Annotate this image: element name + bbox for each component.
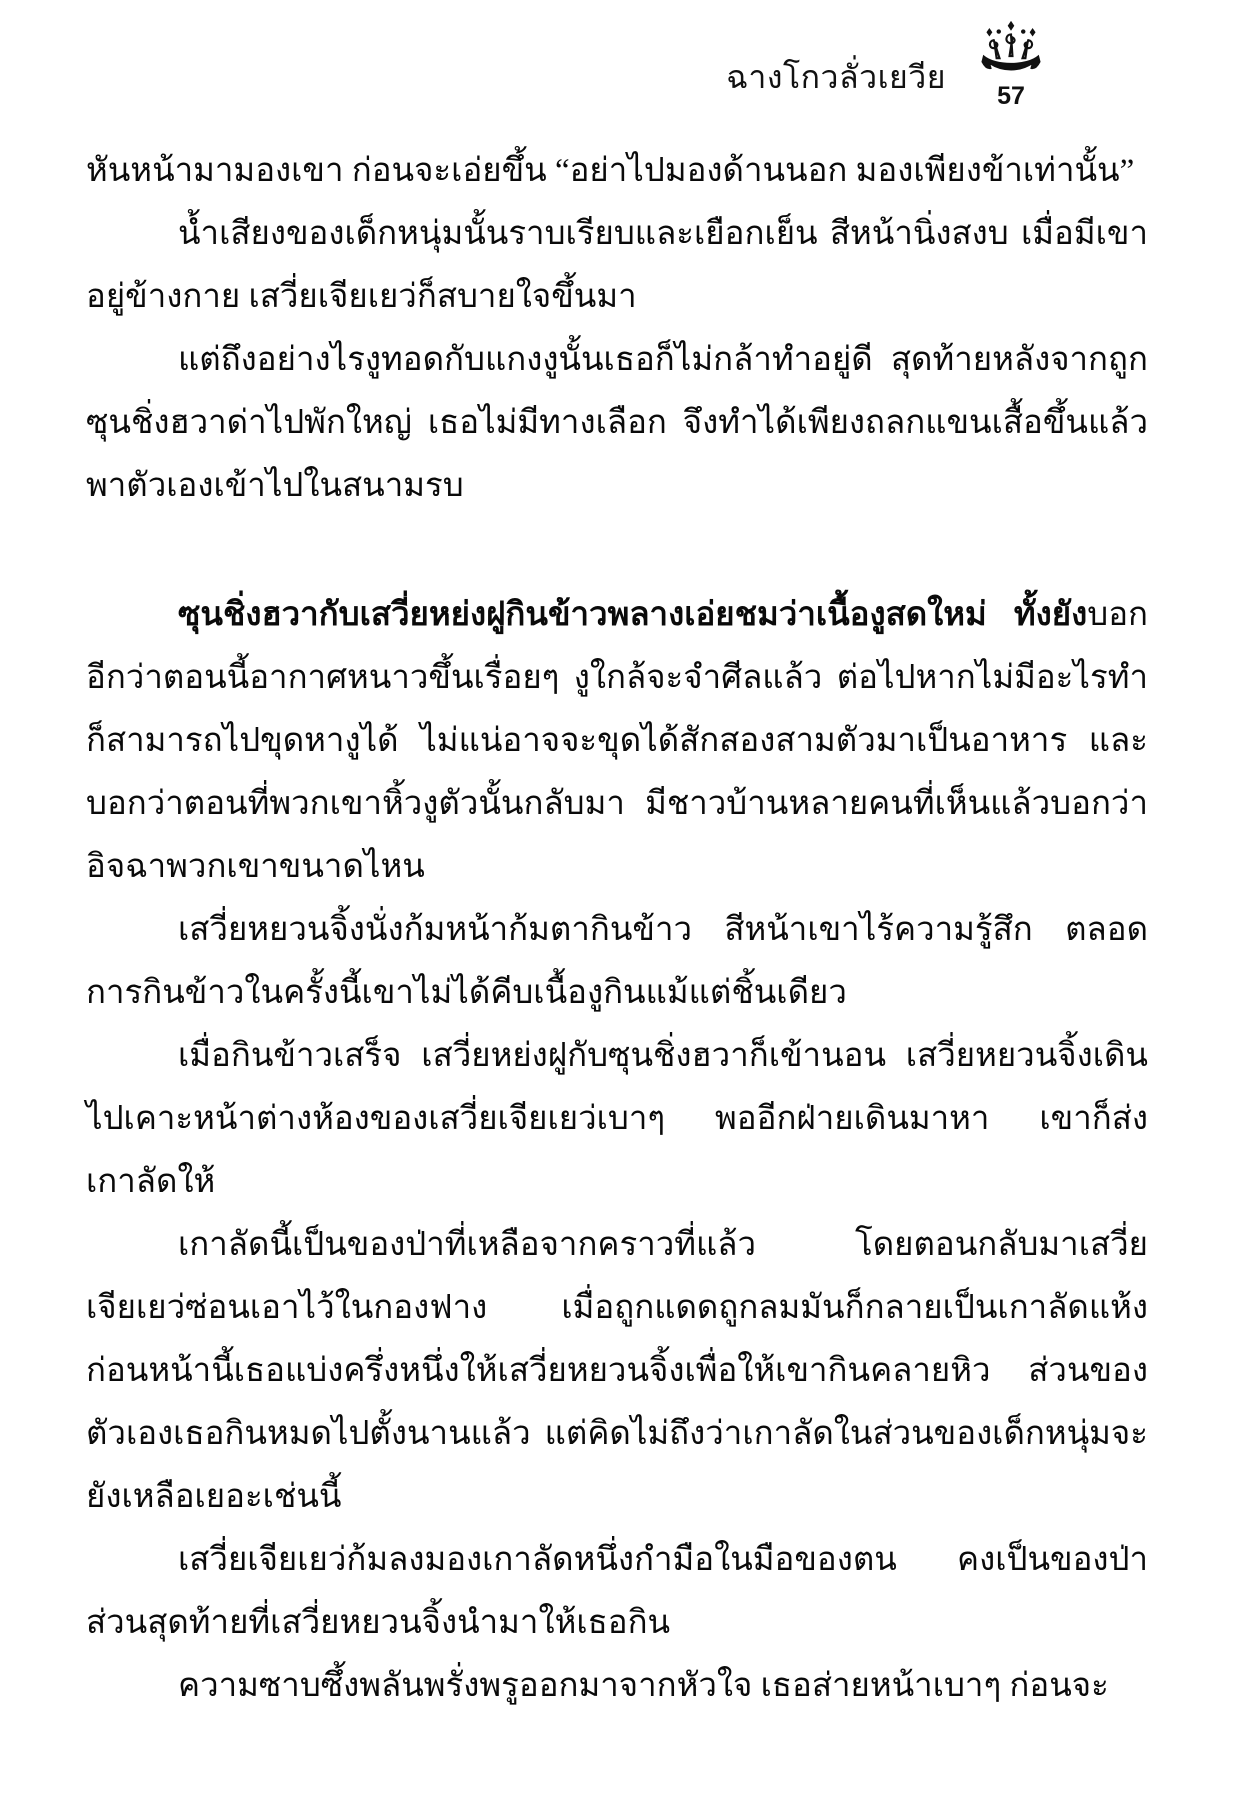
paragraph: เมื่อกินข้าวเสร็จ เสวี่ยหย่งฝูกับซุนชิ่ง… [86,1025,1148,1214]
paragraph: แต่ถึงอย่างไรงูทอดกับแกงงูนั้นเธอก็ไม่กล… [86,329,1148,518]
page-corner: 57 [972,20,1050,109]
page-body: หันหน้ามามองเขา ก่อนจะเอ่ยขึ้น “อย่าไปมอ… [86,140,1148,1718]
scene-lead-bold: ซุนชิ่งฮวากับเสวี่ยหย่งฝูกินข้าวพลางเอ่ย… [178,597,1087,633]
paragraph: ความซาบซึ้งพลันพรั่งพรูออกมาจากหัวใจ เธอ… [86,1655,1148,1718]
crown-icon [975,20,1047,82]
paragraph: เกาลัดนี้เป็นของป่าที่เหลือจากคราวที่แล้… [86,1214,1148,1529]
paragraph: เสวี่ยหยวนจิ้งนั่งก้มหน้าก้มตากินข้าว สี… [86,899,1148,1025]
page-number: 57 [972,84,1050,109]
paragraph-text: บอกอีกว่าตอนนี้อากาศหนาวขึ้นเรื่อยๆ งูใก… [86,597,1148,885]
paragraph-continuation: หันหน้ามามองเขา ก่อนจะเอ่ยขึ้น “อย่าไปมอ… [86,140,1148,203]
paragraph: น้ำเสียงของเด็กหนุ่มนั้นราบเรียบและเยือก… [86,203,1148,329]
running-title: ฉางโกวลั่วเยวีย [726,52,946,103]
paragraph: เสวี่ยเจียเยว่ก้มลงมองเกาลัดหนึ่งกำมือใน… [86,1529,1148,1655]
book-page: ฉางโกวลั่วเยวีย 57 [0,0,1236,1800]
paragraph-scene-start: ซุนชิ่งฮวากับเสวี่ยหย่งฝูกินข้าวพลางเอ่ย… [86,584,1148,899]
